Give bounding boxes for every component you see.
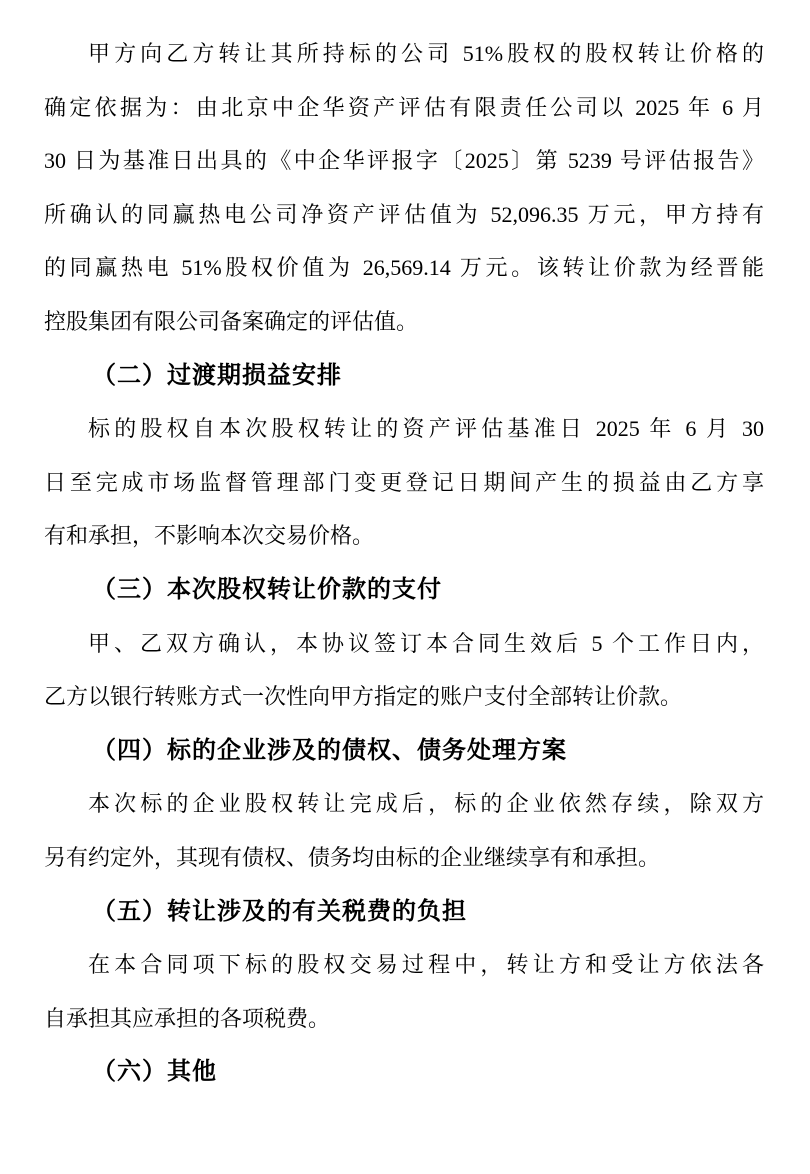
payment-paragraph-line-1: 甲、乙双方确认，本协议签订本合同生效后 5 个工作日内， (44, 617, 764, 671)
tax-paragraph-line-1: 在本合同项下标的股权交易过程中，转让方和受让方依法各 (44, 938, 764, 992)
debt-paragraph-line-2: 另有约定外，其现有债权、债务均由标的企业继续享有和承担。 (44, 831, 764, 885)
tax-paragraph-line-2: 自承担其应承担的各项税费。 (44, 992, 764, 1046)
document-body: 甲方向乙方转让其所持标的公司 51%股权的股权转让价格的确定依据为：由北京中企华… (44, 27, 764, 1099)
price-basis-paragraph-line-1: 甲方向乙方转让其所持标的公司 51%股权的股权转让价格的 (44, 27, 764, 81)
price-basis-paragraph-line-2: 确定依据为：由北京中企华资产评估有限责任公司以 2025 年 6 月 (44, 81, 764, 135)
price-basis-paragraph-line-3: 30 日为基准日出具的《中企华评报字〔2025〕第 5239 号评估报告》 (44, 134, 764, 188)
section-heading-3: （三）本次股权转让价款的支付 (44, 563, 764, 617)
transition-period-paragraph-line-2: 日至完成市场监督管理部门变更登记日期间产生的损益由乙方享 (44, 456, 764, 510)
section-heading-5: （五）转让涉及的有关税费的负担 (44, 885, 764, 939)
price-basis-paragraph-line-6: 控股集团有限公司备案确定的评估值。 (44, 295, 764, 349)
debt-paragraph-line-1: 本次标的企业股权转让完成后，标的企业依然存续，除双方 (44, 777, 764, 831)
price-basis-paragraph-line-5: 的同赢热电 51%股权价值为 26,569.14 万元。该转让价款为经晋能 (44, 241, 764, 295)
section-heading-4: （四）标的企业涉及的债权、债务处理方案 (44, 724, 764, 778)
payment-paragraph-line-2: 乙方以银行转账方式一次性向甲方指定的账户支付全部转让价款。 (44, 670, 764, 724)
price-basis-paragraph-line-4: 所确认的同赢热电公司净资产评估值为 52,096.35 万元，甲方持有 (44, 188, 764, 242)
document-page: 甲方向乙方转让其所持标的公司 51%股权的股权转让价格的确定依据为：由北京中企华… (0, 0, 810, 1174)
transition-period-paragraph-line-3: 有和承担，不影响本次交易价格。 (44, 509, 764, 563)
section-heading-6: （六）其他 (44, 1045, 764, 1099)
transition-period-paragraph-line-1: 标的股权自本次股权转让的资产评估基准日 2025 年 6 月 30 (44, 402, 764, 456)
section-heading-2: （二）过渡期损益安排 (44, 349, 764, 403)
